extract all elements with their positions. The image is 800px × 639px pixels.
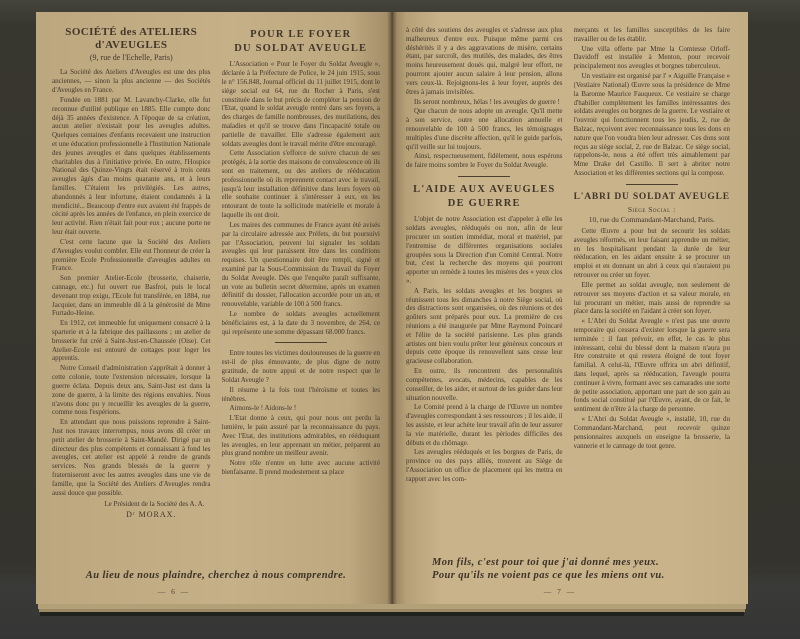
paragraph: Elle permet au soldat aveugle, non seule… [574, 281, 731, 316]
section-divider [458, 176, 510, 177]
paragraph: « L'Abri du Soldat Aveugle », installé, … [574, 415, 731, 450]
siege-social-label: Siège Social : [574, 205, 731, 214]
paragraph: En 1912, cet immeuble fut uniquement con… [52, 319, 211, 363]
article-subtitle: (9, rue de l'Echelle, Paris) [52, 53, 211, 63]
right-page-column-2: merçants et les familles susceptibles de… [574, 26, 731, 556]
paragraph: Le Comité prend à la charge de l'Œuvre u… [406, 403, 563, 447]
paragraph: Cette Association s'efforce de suivre ch… [222, 149, 381, 220]
paragraph: L'Association « Pour le Foyer du Soldat … [222, 60, 381, 148]
footer-quote: Mon fils, c'est pour toi que j'ai donné … [406, 556, 730, 582]
signature-role: Le Président de la Société des A. A. [52, 500, 211, 509]
footer-quote-line: Pour qu'ils ne voient pas ce que les mie… [432, 570, 665, 581]
paragraph: Entre toutes les victimes douloureuses d… [222, 349, 381, 384]
paragraph: En attendant que nous puissions reprendr… [52, 418, 211, 497]
right-page: à côté des soutiens des aveugles et s'ad… [392, 12, 748, 604]
footer-quote: Au lieu de nous plaindre, cherchez à nou… [52, 569, 380, 582]
right-page-footer: Mon fils, c'est pour toi que j'ai donné … [406, 556, 730, 598]
paragraph: « L'Abri du Soldat Aveugle » n'est pas u… [574, 317, 731, 414]
paragraph: Notre Conseil d'administration s'apprêta… [52, 364, 211, 417]
left-page-column-2: POUR LE FOYER DU SOLDAT AVEUGLE L'Associ… [222, 26, 381, 569]
paragraph: Ils seront nombreux, hélas ! les aveugle… [406, 98, 563, 107]
paragraph: Ainsi, respectueusement, fidèlement, nou… [406, 152, 563, 170]
paragraph: L'objet de notre Association est d'appel… [406, 215, 563, 286]
siege-social-address: 10, rue du Commandant-Marchand, Paris. [574, 215, 731, 224]
paragraph: La Société des Ateliers d'Aveugles est u… [52, 68, 211, 94]
paragraph: En outre, ils rencontrent des personnali… [406, 367, 563, 402]
right-page-column-1: à côté des soutiens des aveugles et s'ad… [406, 26, 563, 556]
page-number: — 7 — [398, 587, 722, 596]
paragraph: Notre rôle n'entre en lutte avec aucune … [222, 459, 381, 477]
article-title: SOCIÉTÉ des ATELIERS d'AVEUGLES [52, 26, 211, 52]
paragraph: Son premier Atelier-Ecole (brosserie, ch… [52, 274, 211, 318]
section-divider [275, 342, 327, 343]
paragraph: Les aveugles rééduqués et les borgnes de… [406, 448, 563, 483]
paragraph: L'Etat donne à ceux, qui pour nous ont p… [222, 414, 381, 458]
paragraph: Les maires des communes de France ayant … [222, 221, 381, 309]
paragraph: Un vestiaire est organisé par l' « Aigui… [574, 72, 731, 178]
section-title: L'ABRI DU SOLDAT AVEUGLE [574, 191, 731, 203]
scanned-book-spread: SOCIÉTÉ des ATELIERS d'AVEUGLES (9, rue … [0, 0, 800, 639]
paragraph: A Paris, les soldats aveugles et les bor… [406, 287, 563, 366]
signature-block: Le Président de la Société des A. A. Dʳ … [52, 500, 211, 520]
section-title-line: POUR LE FOYER [250, 29, 351, 40]
paragraph: Cette Œuvre a pour but de secourir les s… [574, 227, 731, 280]
left-page-column-1: SOCIÉTÉ des ATELIERS d'AVEUGLES (9, rue … [52, 26, 211, 569]
paragraph: Aimons-le ! Aidons-le ! [222, 404, 381, 413]
open-book: SOCIÉTÉ des ATELIERS d'AVEUGLES (9, rue … [36, 12, 748, 604]
page-number: — 6 — [10, 587, 338, 596]
section-title-line: DE GUERRE [448, 198, 521, 209]
section-title-line: L'AIDE AUX AVEUGLES [413, 184, 555, 195]
section-title-line: DU SOLDAT AVEUGLE [234, 43, 367, 54]
section-divider [626, 184, 678, 185]
footer-quote-line: Mon fils, c'est pour toi que j'ai donné … [432, 557, 659, 568]
paragraph: à côté des soutiens des aveugles et s'ad… [406, 26, 563, 97]
paragraph: Fondée en 1881 par M. Lavanchy-Clarke, e… [52, 96, 211, 237]
left-page: SOCIÉTÉ des ATELIERS d'AVEUGLES (9, rue … [36, 12, 392, 604]
paragraph: merçants et les familles susceptibles de… [574, 26, 731, 44]
paragraph: C'est cette lacune que la Société des At… [52, 238, 211, 273]
paragraph: Le nombre de soldats aveugles actuelleme… [222, 310, 381, 336]
signature-name: Dʳ MORAX. [52, 510, 211, 520]
paragraph: Que chacun de nous adopte un aveugle. Qu… [406, 107, 563, 151]
paragraph: Il résume à la fois tout l'héroïsme et t… [222, 386, 381, 404]
left-page-footer: Au lieu de nous plaindre, cherchez à nou… [52, 569, 380, 598]
section-title: POUR LE FOYER DU SOLDAT AVEUGLE [222, 28, 381, 55]
section-title: L'AIDE AUX AVEUGLES DE GUERRE [406, 183, 563, 210]
paragraph: Une villa offerte par Mme la Comtesse Or… [574, 45, 731, 71]
